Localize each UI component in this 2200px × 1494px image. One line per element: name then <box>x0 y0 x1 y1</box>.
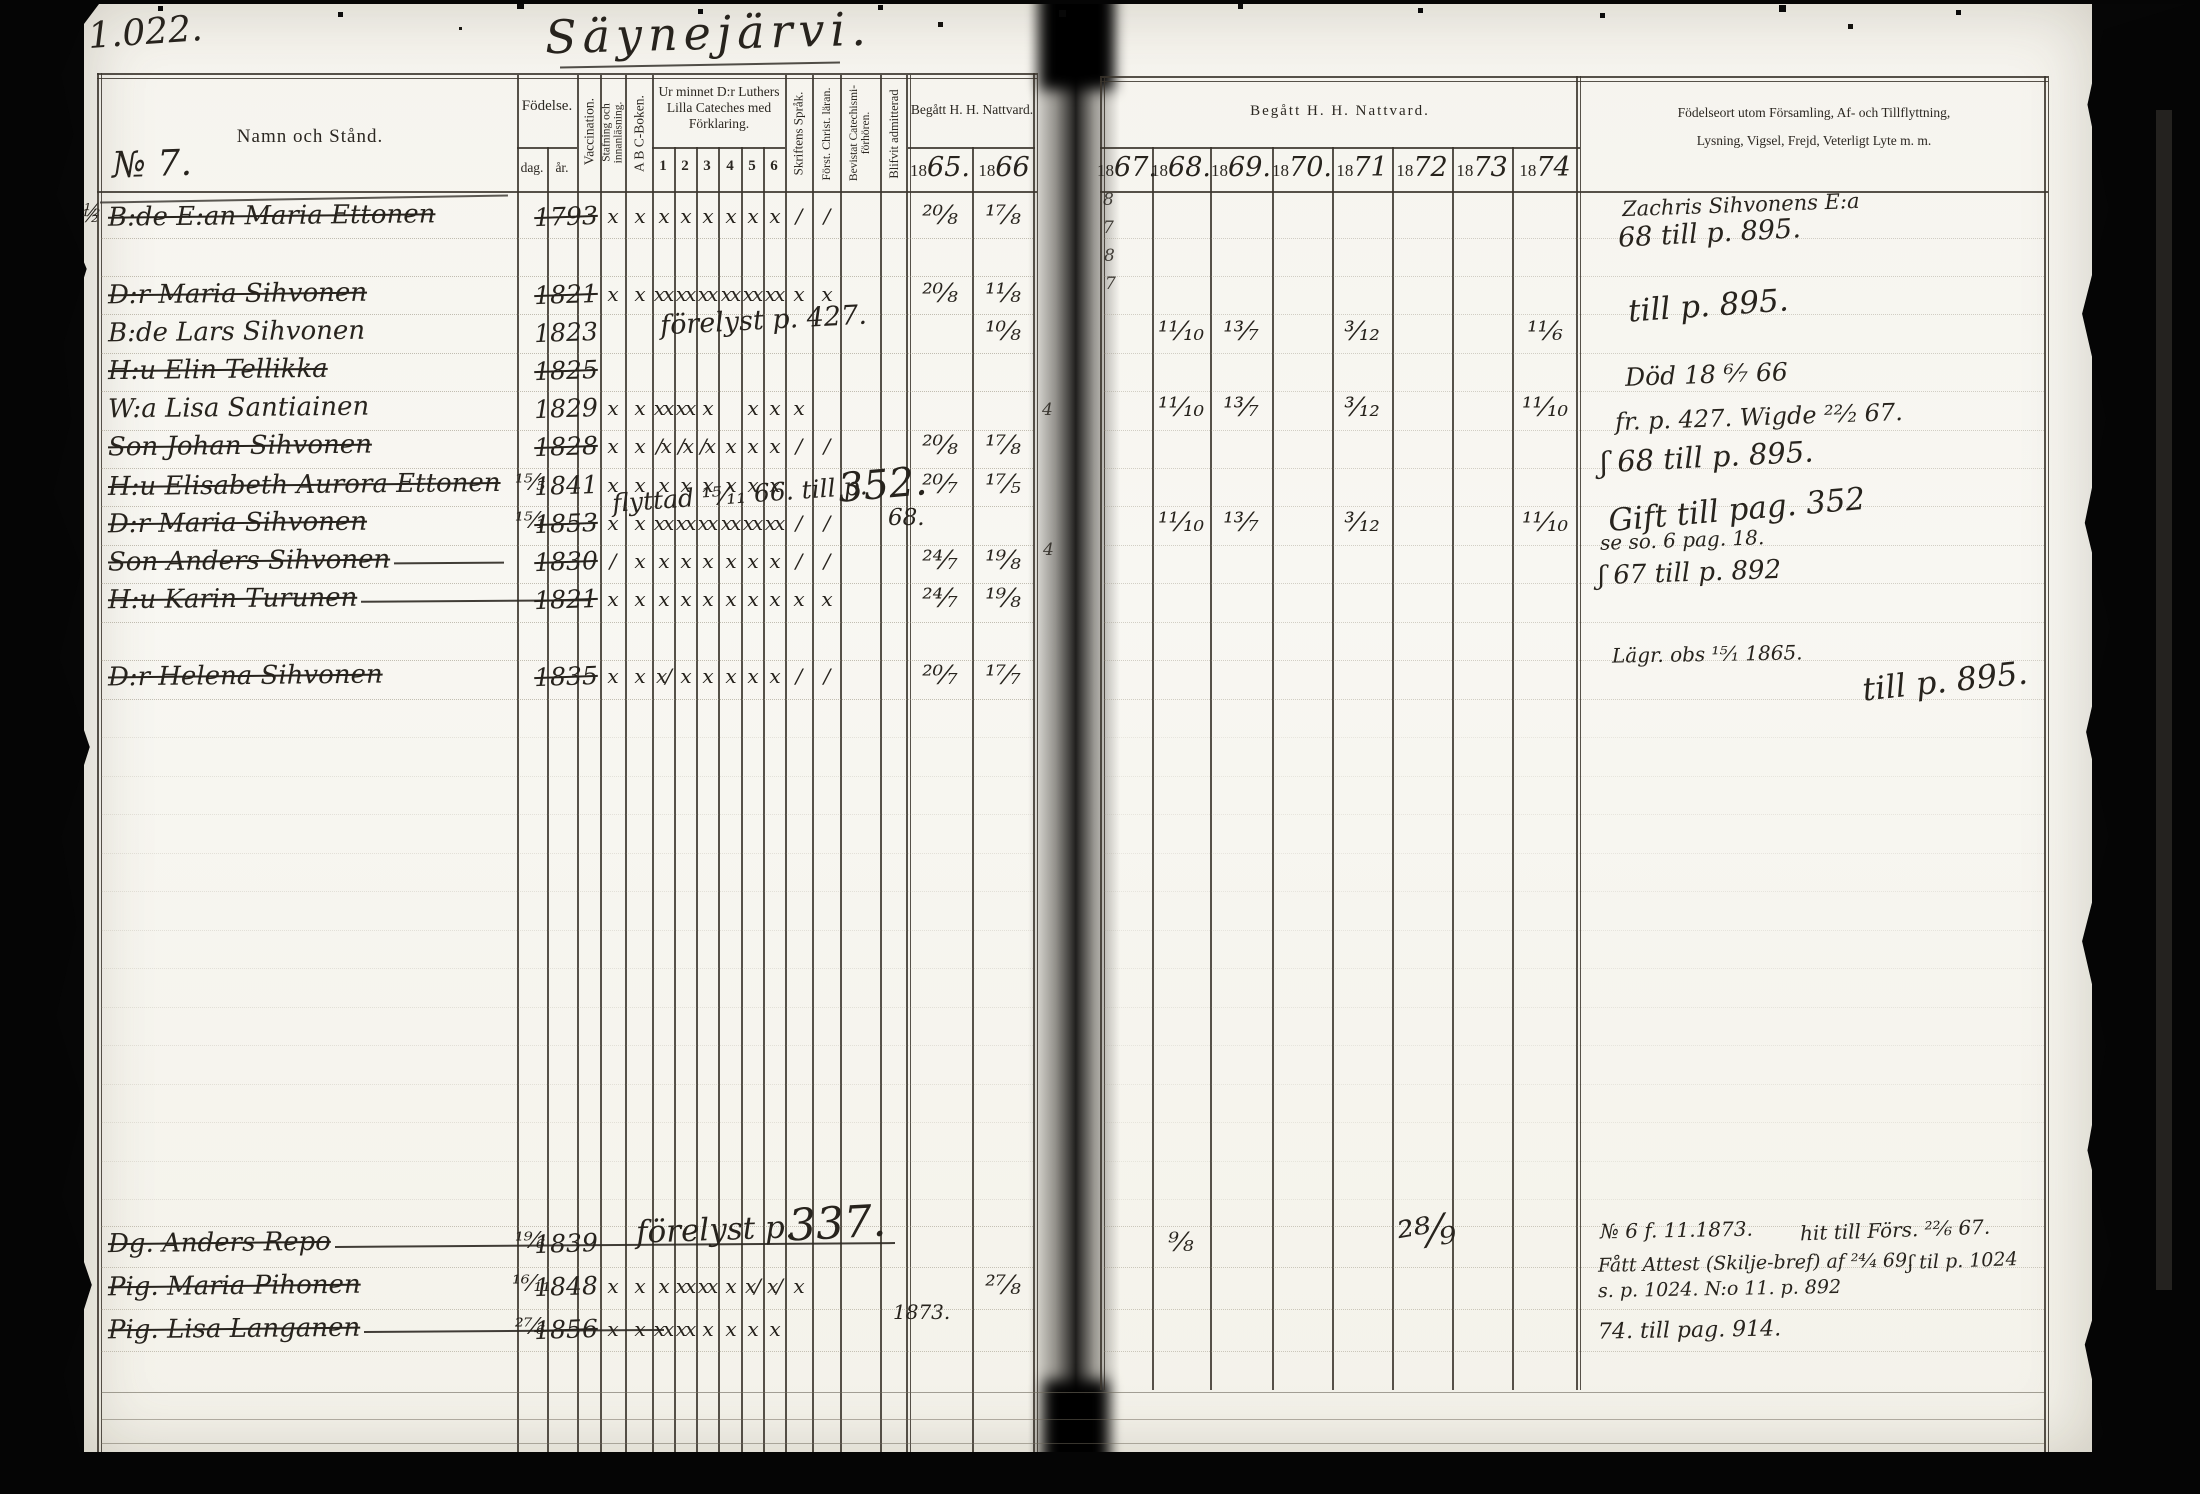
grid-line-vertical <box>1580 76 1581 1390</box>
row-margin-mark: ½ <box>82 206 99 227</box>
reading-mark: x <box>695 1317 719 1341</box>
catechism-column-number: 3 <box>697 158 717 175</box>
row-name: W:a Lisa Santiainen <box>108 392 370 425</box>
year-header-right-1872: 1872 <box>1388 152 1456 183</box>
column-header-blifvit-admitterad: Blifvit admitterad <box>880 80 908 188</box>
grid-line-horizontal <box>97 191 1037 193</box>
ruled-line <box>1104 314 2044 315</box>
reading-mark: xx <box>651 396 675 420</box>
reading-mark: x <box>718 587 742 611</box>
catechism-column-number: 2 <box>675 158 695 175</box>
reading-mark: x <box>600 396 624 420</box>
row-name: H:u Elisabeth Aurora Ettonen <box>108 468 501 502</box>
year-header-printed: 18 <box>1097 161 1114 180</box>
scan-edge-top <box>0 0 2200 4</box>
birth-year: 1841 <box>531 470 602 501</box>
ruled-line <box>1104 545 2044 546</box>
year-header-handwritten: 74 <box>1536 152 1570 183</box>
ruled-line <box>1104 506 2044 507</box>
year-header-left-1865: 1865. <box>906 152 974 183</box>
birth-year: 1830 <box>531 546 602 577</box>
ruled-line <box>1104 930 2044 931</box>
ruled-line <box>1104 891 2044 892</box>
ruled-line <box>1104 737 2044 738</box>
gutter-mark: 8 <box>1103 190 1114 210</box>
reading-mark: xx <box>718 511 742 535</box>
reading-mark: xx <box>673 282 697 306</box>
reading-mark: xx <box>718 282 742 306</box>
reading-mark: x <box>814 587 838 611</box>
year-header-handwritten: 71 <box>1353 152 1387 183</box>
remark-note: № 6 f. 11.1873. <box>1600 1217 1753 1244</box>
communion-date: ²⁷⁄₈ <box>979 1271 1027 1301</box>
remark-note: Lägr. obs ¹⁵⁄₁ 1865. <box>1612 640 1803 667</box>
reading-mark: / <box>786 511 810 535</box>
communion-date: ³⁄₁₂ <box>1338 393 1386 423</box>
ruled-line <box>101 238 1033 239</box>
reading-mark: x <box>695 664 719 688</box>
grid-line-vertical <box>906 75 908 1452</box>
year-header-printed: 18 <box>1456 161 1473 180</box>
ruled-line <box>1104 1309 2044 1310</box>
ruled-line <box>101 776 1033 777</box>
reading-mark: x/ <box>740 1274 764 1298</box>
ruled-line <box>1104 1161 2044 1162</box>
column-header-begatt-right: Begått H. H. Nattvard. <box>1140 103 1540 120</box>
reading-mark: x <box>673 587 697 611</box>
ruled-line <box>101 314 1033 315</box>
scan-strip-right <box>2156 110 2172 1290</box>
reading-mark: x <box>718 434 742 458</box>
column-header-abc-boken: A B C-Boken. <box>626 80 653 188</box>
ruled-line <box>101 968 1033 969</box>
inline-note: 352. <box>836 458 929 512</box>
grid-line-horizontal <box>517 147 577 149</box>
year-header-right-1871: 1871 <box>1328 152 1396 183</box>
reading-mark: / <box>814 664 838 688</box>
year-header-right-1873: 1873 <box>1448 152 1516 183</box>
ruled-line <box>101 1122 1033 1123</box>
ruled-line <box>101 853 1033 854</box>
year-header-right-1869: 1869. <box>1207 152 1275 183</box>
reading-mark: xx <box>673 511 697 535</box>
communion-date: ¹¹⁄₁₀ <box>1157 317 1205 347</box>
reading-mark: xx <box>673 1274 697 1298</box>
communion-date: ¹¹⁄₁₀ <box>1521 508 1569 538</box>
ruled-line <box>101 1351 1033 1352</box>
ruled-line <box>101 814 1033 815</box>
reading-mark: x <box>762 587 786 611</box>
grid-line-vertical <box>1392 147 1394 1390</box>
grid-line-vertical <box>1512 147 1514 1390</box>
row-name: Pig. Maria Pihonen <box>108 1270 361 1303</box>
column-header-fodelse: Födelse. <box>517 98 577 115</box>
reading-mark: x <box>627 664 651 688</box>
grid-line-vertical <box>1037 73 1038 1452</box>
remark-note: 74. till pag. 914. <box>1598 1316 1782 1344</box>
ruled-line <box>101 1419 2044 1420</box>
year-header-handwritten: 68. <box>1168 152 1211 183</box>
communion-date: ²⁴⁄₇ <box>916 546 964 576</box>
gutter-mark: 8 <box>1104 246 1115 266</box>
remark-note: s. p. 1024. N:o 11. p. 892 <box>1598 1276 1841 1302</box>
reading-mark: x <box>600 1317 624 1341</box>
column-header-urminnet: Ur minnet D:r Luthers Lilla Cateches med… <box>653 84 785 132</box>
communion-date: ²⁰⁄₇ <box>916 661 964 691</box>
scan-edge-bottom <box>0 1452 2200 1494</box>
reading-mark: / <box>786 664 810 688</box>
grid-line-vertical <box>763 147 765 1452</box>
communion-date: ¹⁹⁄₈ <box>979 584 1027 614</box>
inline-note: ²⁸⁄₉ <box>1394 1203 1459 1261</box>
birth-year: 1821 <box>531 584 602 615</box>
reading-mark: x <box>627 1274 651 1298</box>
reading-mark: x <box>627 434 651 458</box>
ruled-line <box>1104 1084 2044 1085</box>
row-name: Son Johan Sihvonen <box>108 430 372 463</box>
ruled-line <box>101 391 1033 392</box>
reading-mark: x <box>718 1274 742 1298</box>
grid-line-horizontal <box>1100 76 2048 78</box>
reading-mark: x <box>673 549 697 573</box>
reading-mark: x <box>600 204 624 228</box>
reading-mark: x <box>651 587 675 611</box>
ruled-line <box>1104 468 2044 469</box>
year-header-printed: 18 <box>1336 161 1353 180</box>
reading-mark: xx <box>762 511 786 535</box>
year-header-handwritten: 66 <box>995 152 1029 183</box>
ruled-line <box>101 891 1033 892</box>
year-header-right-1870: 1870. <box>1268 152 1336 183</box>
communion-date: ¹⁷⁄₇ <box>979 661 1027 691</box>
reading-mark: x <box>740 396 764 420</box>
reading-mark: / <box>814 511 838 535</box>
grid-line-vertical <box>101 73 102 1452</box>
birth-year: 1856 <box>531 1314 602 1345</box>
ruled-line <box>101 276 1033 277</box>
ruled-line <box>1104 430 2044 431</box>
ruled-line <box>1104 1199 2044 1200</box>
reading-mark: x <box>786 1274 810 1298</box>
gutter-mark: 4 <box>1042 400 1053 420</box>
reading-mark: x <box>740 434 764 458</box>
ruled-line <box>101 1199 1033 1200</box>
reading-mark: x <box>627 549 651 573</box>
year-header-handwritten: 69. <box>1228 152 1271 183</box>
communion-date: ¹⁷⁄₈ <box>979 431 1027 461</box>
row-name: H:u Karin Turunen <box>108 583 358 616</box>
reading-mark: x <box>695 549 719 573</box>
reading-mark: x <box>600 434 624 458</box>
row-name: H:u Elin Tellikka <box>108 354 328 386</box>
reading-mark: x <box>786 396 810 420</box>
remark-note: ʃ til p. 1024 <box>1908 1248 2018 1274</box>
reading-mark: x <box>740 1317 764 1341</box>
communion-date: ³⁄₁₂ <box>1338 317 1386 347</box>
grid-line-vertical <box>2048 76 2049 1452</box>
reading-mark: x <box>673 664 697 688</box>
communion-date: ²⁰⁄₈ <box>916 279 964 309</box>
birth-year: 1793 <box>531 201 602 232</box>
reading-mark: xx <box>740 511 764 535</box>
column-header-begatt-left: Begått H. H. Nattvard. <box>901 102 1043 118</box>
reading-mark: x <box>651 549 675 573</box>
reading-mark: / <box>814 549 838 573</box>
notes-header-line2: Lysning, Vigsel, Frejd, Veterligt Lyte m… <box>1592 133 2036 149</box>
reading-mark: / <box>814 204 838 228</box>
communion-date: ¹³⁄₇ <box>1217 393 1265 423</box>
reading-mark: x <box>600 282 624 306</box>
reading-mark: x <box>740 549 764 573</box>
ruled-line <box>1104 353 2044 354</box>
reading-mark: / <box>786 549 810 573</box>
year-header-printed: 18 <box>1519 161 1536 180</box>
ruled-line <box>101 737 1033 738</box>
reading-mark: / <box>786 204 810 228</box>
catechism-column-number: 6 <box>764 158 784 175</box>
row-name: D:r Helena Sihvonen <box>108 660 383 693</box>
grid-line-horizontal <box>1100 81 2048 82</box>
reading-mark: xx <box>762 282 786 306</box>
year-header-printed: 18 <box>1396 161 1413 180</box>
reading-mark: xx <box>651 282 675 306</box>
ruled-line <box>1104 1122 2044 1123</box>
inline-note: 68. <box>888 505 925 531</box>
reading-mark: xx <box>695 282 719 306</box>
grid-line-vertical <box>910 75 911 1452</box>
reading-mark: x <box>740 664 764 688</box>
column-header-bevistat-catechismi: Bevistat Catechismi-förhören. <box>840 77 880 189</box>
communion-date: ²⁴⁄₇ <box>916 584 964 614</box>
grid-line-vertical <box>696 147 698 1452</box>
reading-mark: xx <box>673 396 697 420</box>
communion-date: ¹⁷⁄₅ <box>979 470 1027 500</box>
birth-year: 1853 <box>531 508 602 539</box>
ruled-line <box>1104 660 2044 661</box>
column-header-dag: dag. <box>517 160 547 176</box>
inline-note: 1873. <box>893 1300 950 1324</box>
row-name: Son Anders Sihvonen <box>108 545 390 578</box>
grid-line-vertical <box>674 147 676 1452</box>
grid-line-vertical <box>1452 147 1454 1390</box>
ruled-line <box>101 930 1033 931</box>
grid-line-horizontal <box>1100 147 1580 149</box>
ruled-line <box>101 699 1033 700</box>
reading-mark: x <box>718 204 742 228</box>
scanned-register-page: 1.022. Säynejärvi. Namn och Stånd. № 7. … <box>0 0 2200 1494</box>
reading-mark: x <box>786 587 810 611</box>
year-header-handwritten: 70. <box>1289 152 1332 183</box>
birth-year: 1829 <box>531 393 602 424</box>
row-name: D:r Maria Sihvonen <box>108 507 367 540</box>
ruled-line <box>1104 391 2044 392</box>
communion-date: ³⁄₁₂ <box>1338 508 1386 538</box>
communion-date: ⁹⁄₈ <box>1157 1228 1205 1258</box>
ruled-line <box>1104 1007 2044 1008</box>
row-name: B:de E:an Maria Ettonen <box>108 199 436 232</box>
grid-line-horizontal <box>97 73 1037 75</box>
reading-mark: x/ <box>651 664 675 688</box>
ruled-line <box>1104 814 2044 815</box>
page-number: 1.022. <box>87 8 204 57</box>
grid-line-vertical <box>1272 147 1274 1390</box>
reading-mark: x <box>600 587 624 611</box>
birth-year: 1848 <box>531 1271 602 1302</box>
catechism-column-number: 1 <box>653 158 673 175</box>
year-header-right-1874: 1874 <box>1511 152 1579 183</box>
reading-mark: x <box>762 664 786 688</box>
year-header-printed: 18 <box>1151 161 1168 180</box>
grid-line-horizontal <box>908 147 1035 149</box>
reading-mark: x <box>627 204 651 228</box>
communion-date: ¹¹⁄₁₀ <box>1157 393 1205 423</box>
grid-line-vertical <box>1576 76 1578 1390</box>
reading-mark: xx <box>651 1317 675 1341</box>
year-header-left-1866: 1866 <box>970 152 1038 183</box>
reading-mark: x <box>695 587 719 611</box>
reading-mark: / <box>814 434 838 458</box>
birth-year: 1835 <box>531 661 602 692</box>
year-header-handwritten: 73 <box>1473 152 1507 183</box>
ruled-line <box>1104 276 2044 277</box>
year-header-printed: 18 <box>978 161 995 180</box>
birth-year: 1821 <box>531 279 602 310</box>
row-name: B:de Lars Sihvonen <box>108 316 365 349</box>
ruled-line <box>1104 622 2044 623</box>
column-header-ar: år. <box>547 160 577 176</box>
reading-mark: x <box>718 549 742 573</box>
communion-date: ²⁰⁄₈ <box>916 201 964 231</box>
reading-mark: x <box>762 396 786 420</box>
row-name: Dg. Anders Repo <box>108 1227 331 1259</box>
reading-mark: x <box>695 204 719 228</box>
catechism-column-number: 5 <box>742 158 762 175</box>
ruled-line <box>1104 1045 2044 1046</box>
reading-mark: x <box>651 204 675 228</box>
communion-date: ¹³⁄₇ <box>1217 317 1265 347</box>
ruled-line <box>101 622 1033 623</box>
year-header-handwritten: 65. <box>927 152 970 183</box>
reading-mark: x <box>627 396 651 420</box>
ruled-line <box>1104 776 2044 777</box>
communion-date: ¹⁷⁄₈ <box>979 201 1027 231</box>
row-name: D:r Maria Sihvonen <box>108 278 367 311</box>
reading-mark: /x <box>651 434 675 458</box>
notes-header-line1: Födelseort utom Församling, Af- och Till… <box>1592 105 2036 121</box>
ruled-line <box>101 1267 1033 1268</box>
reading-mark: x <box>600 1274 624 1298</box>
grid-line-horizontal <box>1100 191 2048 193</box>
reading-mark: x <box>651 1274 675 1298</box>
grid-line-vertical <box>97 73 99 1452</box>
year-header-printed: 18 <box>1272 161 1289 180</box>
communion-date: ¹¹⁄₈ <box>979 279 1027 309</box>
reading-mark: x <box>627 587 651 611</box>
record-group-number: № 7. <box>111 143 192 187</box>
catechism-column-number: 4 <box>720 158 740 175</box>
communion-date: ¹¹⁄₁₀ <box>1157 508 1205 538</box>
column-header-namn: Namn och Stånd. <box>180 126 440 148</box>
reading-mark: xx <box>695 1274 719 1298</box>
inline-note: 337. <box>787 1195 888 1251</box>
grid-line-vertical <box>972 147 974 1452</box>
reading-mark: x/ <box>762 1274 786 1298</box>
birth-year: 1823 <box>531 317 602 348</box>
column-header-skriftens-sprak: Skriftens Språk. <box>785 80 812 188</box>
grid-line-vertical <box>2044 76 2046 1452</box>
reading-mark: xx <box>740 282 764 306</box>
page-title: Säynejärvi. <box>544 2 872 65</box>
ruled-line <box>101 1443 2044 1444</box>
reading-mark: x <box>762 549 786 573</box>
birth-year: 1828 <box>531 431 602 462</box>
ruled-line <box>101 1084 1033 1085</box>
reading-mark: /x <box>695 434 719 458</box>
ruled-line <box>1104 968 2044 969</box>
year-header-handwritten: 72 <box>1413 152 1447 183</box>
communion-date: ¹¹⁄₁₀ <box>1521 393 1569 423</box>
ruled-line <box>101 1392 2044 1393</box>
reading-mark: xx <box>673 1317 697 1341</box>
grid-line-horizontal <box>97 78 1037 79</box>
reading-mark: xx <box>695 511 719 535</box>
communion-date: ¹⁹⁄₈ <box>979 546 1027 576</box>
reading-mark: x <box>762 434 786 458</box>
reading-mark: x <box>627 1317 651 1341</box>
reading-mark: x <box>673 204 697 228</box>
column-header-forst-christ-laran: Först. Christ. läran. <box>812 80 840 188</box>
reading-mark: x <box>740 204 764 228</box>
year-header-printed: 18 <box>1211 161 1228 180</box>
reading-mark: / <box>600 549 624 573</box>
reading-mark: x <box>600 664 624 688</box>
birth-year: 1839 <box>531 1228 602 1259</box>
ruled-line <box>1104 853 2044 854</box>
ruled-line <box>101 1045 1033 1046</box>
reading-mark: / <box>786 434 810 458</box>
column-header-vaccination: Vaccination. <box>578 78 601 186</box>
grid-line-vertical <box>741 147 743 1452</box>
reading-mark: /x <box>673 434 697 458</box>
year-header-printed: 18 <box>910 161 927 180</box>
ruled-line <box>1104 238 2044 239</box>
inline-note: förelyst p. <box>635 1209 795 1251</box>
gutter-mark: 4 <box>1043 540 1054 560</box>
remark-note: Död 18 ⁶⁄₇ 66 <box>1625 357 1789 392</box>
row-name: Pig. Lisa Langanen <box>108 1313 361 1346</box>
grid-line-vertical <box>1210 147 1212 1390</box>
communion-date: ¹¹⁄₆ <box>1521 317 1569 347</box>
grid-line-vertical <box>1033 73 1035 1452</box>
gutter-mark: 7 <box>1103 218 1114 238</box>
ruled-line <box>101 1161 1033 1162</box>
reading-mark: x <box>740 587 764 611</box>
reading-mark: x <box>695 396 719 420</box>
birth-year: 1825 <box>531 355 602 386</box>
grid-line-horizontal <box>652 147 785 149</box>
ruled-line <box>1104 1351 2044 1352</box>
communion-date: ²⁰⁄₈ <box>916 431 964 461</box>
reading-mark: x <box>718 1317 742 1341</box>
reading-mark: x <box>718 664 742 688</box>
grid-line-vertical <box>1332 147 1334 1390</box>
ruled-line <box>101 1007 1033 1008</box>
grid-line-vertical <box>1100 78 1102 1390</box>
communion-date: ¹⁰⁄₈ <box>979 317 1027 347</box>
gutter-mark: 7 <box>1105 274 1116 294</box>
reading-mark: x <box>762 1317 786 1341</box>
column-header-stafning: Stafning och innanläsning. <box>600 85 625 181</box>
